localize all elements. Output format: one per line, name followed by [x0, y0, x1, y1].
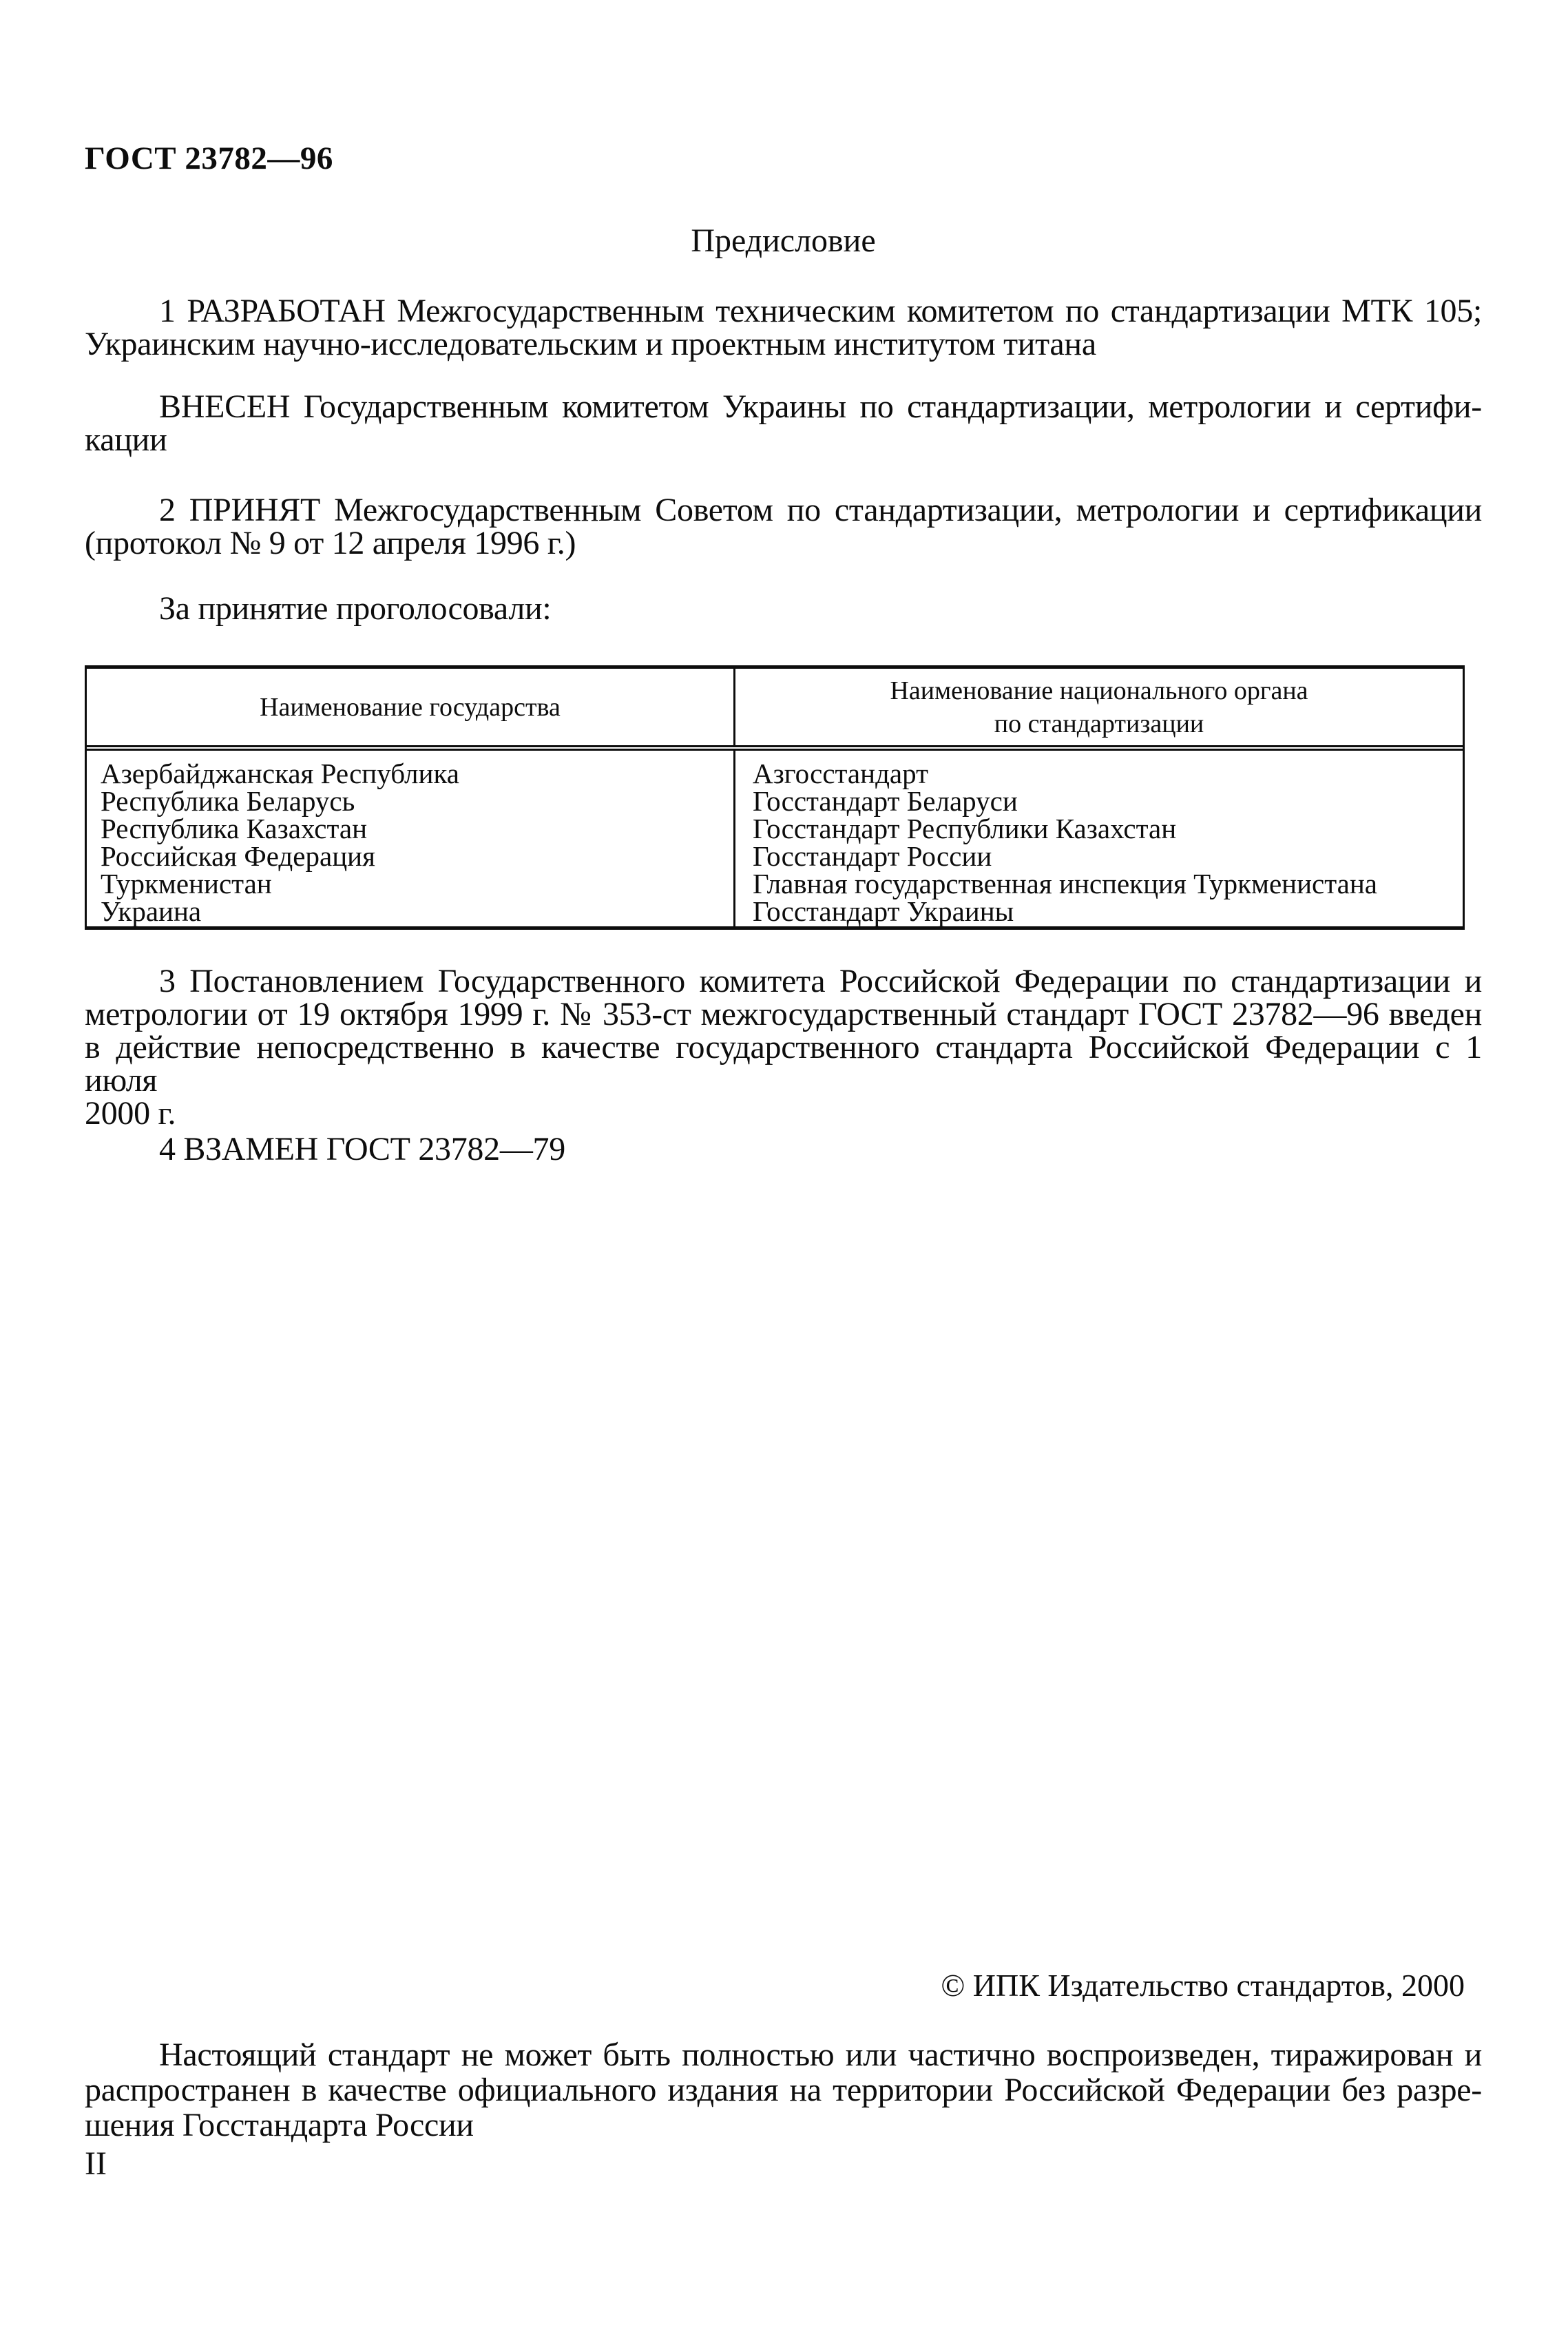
paragraph-line: 4 ВЗАМЕН ГОСТ 23782—79 — [85, 1133, 1482, 1166]
paragraph-line: шения Госстандарта России — [85, 2108, 1482, 2143]
paragraph-line: метрологии от 19 октября 1999 г. № 353-с… — [85, 998, 1482, 1031]
table-row-country: Республика Казахстан — [101, 815, 733, 842]
paragraph-line: Настоящий стандарт не может быть полност… — [85, 2037, 1482, 2072]
paragraph-line: в действие непосредственно в качестве го… — [85, 1031, 1482, 1097]
header-cell-country: Наименование государства — [87, 669, 735, 745]
table-row-country: Туркменистан — [101, 870, 733, 897]
table-row-national-body: Главная государственная инспекция Туркме… — [753, 870, 1463, 897]
table-row-national-body: Госстандарт России — [753, 842, 1463, 870]
paragraph-line: ВНЕСЕН Государственным комитетом Украины… — [85, 391, 1482, 424]
country-column: Азербайджанская Республика Республика Бе… — [87, 751, 735, 926]
table-row-country: Украина — [101, 897, 733, 925]
paragraph-line: распространен в качестве официального из… — [85, 2072, 1482, 2108]
paragraph-line: 1 РАЗРАБОТАН Межгосударственным техничес… — [85, 295, 1482, 328]
doc-code: ГОСТ 23782—96 — [85, 140, 333, 177]
paragraph-submitted: ВНЕСЕН Государственным комитетом Украины… — [85, 391, 1482, 457]
paragraph-line: 2000 г. — [85, 1097, 1482, 1130]
paragraph-replaces: 4 ВЗАМЕН ГОСТ 23782—79 — [85, 1133, 1482, 1166]
paragraph-voted-intro: За принятие проголосовали: — [85, 592, 1482, 625]
header-cell-national-body: Наименование национального органа по ста… — [735, 669, 1463, 745]
paragraph-line: 3 Постановлением Государственного комите… — [85, 965, 1482, 998]
table-row-country: Республика Беларусь — [101, 787, 733, 815]
vote-table-body: Азербайджанская Республика Республика Бе… — [87, 751, 1463, 926]
table-row-country: Азербайджанская Республика — [101, 760, 733, 787]
table-row-national-body: Госстандарт Беларуси — [753, 787, 1463, 815]
paragraph-developed: 1 РАЗРАБОТАН Межгосударственным техничес… — [85, 295, 1482, 361]
paragraph-line: Украинским научно-исследовательским и пр… — [85, 328, 1482, 361]
table-row-national-body: Госстандарт Украины — [753, 897, 1463, 925]
table-row-national-body: Азгосстандарт — [753, 760, 1463, 787]
paragraph-line: За принятие проголосовали: — [85, 592, 1482, 625]
paragraph-line: (протокол № 9 от 12 апреля 1996 г.) — [85, 527, 1482, 560]
header-cell-national-body-line2: по стандартизации — [994, 707, 1204, 740]
vote-table-header-row: Наименование государства Наименование на… — [87, 669, 1463, 751]
national-body-column: Азгосстандарт Госстандарт Беларуси Госст… — [735, 751, 1463, 926]
document-page: ГОСТ 23782—96 Предисловие 1 РАЗРАБОТАН М… — [0, 0, 1568, 2352]
paragraph-decree: 3 Постановлением Государственного комите… — [85, 965, 1482, 1130]
paragraph-adopted: 2 ПРИНЯТ Межгосударственным Советом по с… — [85, 494, 1482, 560]
copyright-notice: © ИПК Издательство стандартов, 2000 — [941, 1967, 1465, 2004]
header-cell-national-body-line1: Наименование национального органа — [890, 674, 1308, 707]
vote-table: Наименование государства Наименование на… — [85, 665, 1465, 930]
paragraph-line: кации — [85, 424, 1482, 457]
paragraph-reproduction-note: Настоящий стандарт не может быть полност… — [85, 2037, 1482, 2143]
page-title: Предисловие — [85, 222, 1482, 260]
page-number: II — [85, 2145, 107, 2183]
table-row-national-body: Госстандарт Республики Казахстан — [753, 815, 1463, 842]
paragraph-line: 2 ПРИНЯТ Межгосударственным Советом по с… — [85, 494, 1482, 527]
table-row-country: Российская Федерация — [101, 842, 733, 870]
